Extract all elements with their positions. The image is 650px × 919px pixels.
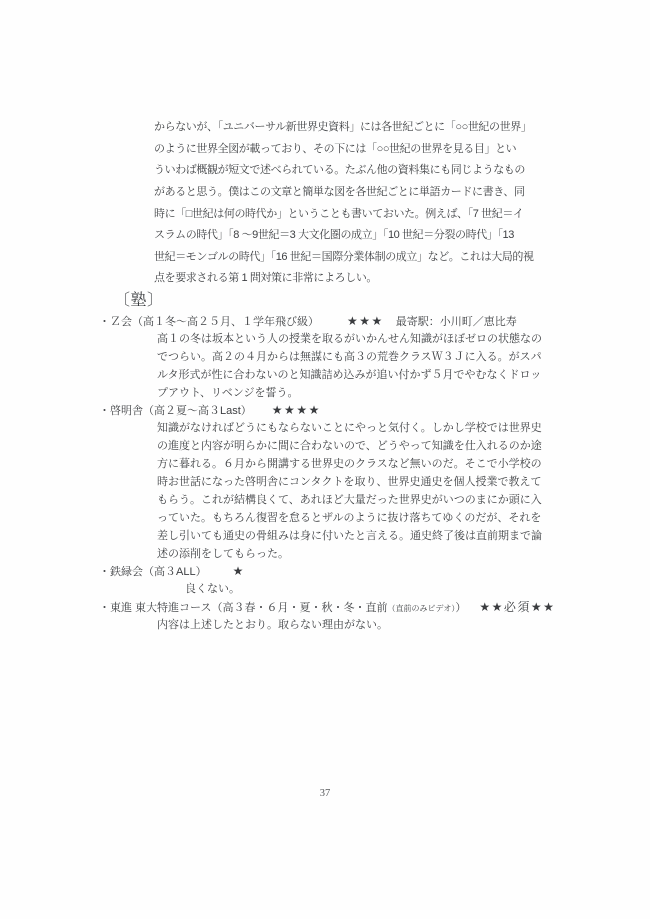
juku-list: ・Ｚ会（高１冬～高２５月、１学年飛び級）★★★最寄駅：小川町／恵比寿 高１の冬は… — [99, 313, 579, 635]
paragraph-line: からないが、「ユニバーサル新世界史資料」には各世紀ごとに「○○世紀の世界」 — [154, 117, 560, 139]
item-description-line: ルタ形式が性に合わないのと知識詰め込みが追い付かず５月でやむなくドロッ — [99, 367, 579, 385]
paragraph-line: スラムの時代」「8 ～9世紀＝3 大文化圏の成立」「10 世紀＝分裂の時代」「1… — [154, 225, 560, 247]
item-description-line: 述の添削をしてもらった。 — [99, 546, 579, 564]
bullet: ・ — [99, 316, 110, 328]
list-item-title: ・Ｚ会（高１冬～高２５月、１学年飛び級）★★★最寄駅：小川町／恵比寿 — [99, 313, 579, 331]
paragraph-line: 世紀＝モンゴルの時代」「16 世紀＝国際分業体制の成立」など。これは大局的視 — [154, 247, 560, 269]
paragraph-line: 点を要求される第 1 問対策に非常によろしい。 — [154, 268, 560, 290]
intro-paragraph: からないが、「ユニバーサル新世界史資料」には各世紀ごとに「○○世紀の世界」 のよ… — [154, 117, 560, 290]
list-item-title: ・東進 東大特進コース（高３春・６月・夏・秋・冬・直前（直前のみビデオ））★★必… — [99, 599, 579, 617]
rating-stars: ★★★ — [347, 314, 384, 328]
list-item-title: ・啓明舎（高２夏～高３Last）★★★★ — [99, 402, 579, 420]
item-description-line: プアウト、リベンジを誓う。 — [99, 385, 579, 403]
rating-stars: ★ — [233, 564, 245, 578]
item-description-line: っていた。もちろん復習を怠るとザルのように抜け落ちてゆくのだが、それを — [99, 510, 579, 528]
item-name-close: ） — [455, 602, 466, 614]
paragraph-line: ういわば概観が短文で述べられている。たぶん他の資料集にも同じようなもの — [154, 160, 560, 182]
page-number: 37 — [0, 788, 650, 799]
station-note: 最寄駅：小川町／恵比寿 — [396, 316, 517, 328]
paragraph-line: 時に「□世紀は何の時代か」ということも書いておいた。例えば、「7 世紀＝イ — [154, 204, 560, 226]
item-name-note-small: （直前のみビデオ） — [388, 604, 456, 613]
item-description-line: の進度と内容が明らかに間に合わないので、どうやって知識を仕入れるのか途 — [99, 438, 579, 456]
item-description-line: 時お世話になった啓明舎にコンタクトを取り、世界史通史を個人授業で教えて — [99, 474, 579, 492]
rating-stars: ★★★★ — [272, 403, 321, 417]
rating-stars: ★★必須★★ — [479, 600, 555, 614]
item-description-line: でつらい。高２の４月からは無謀にも高３の荒巻クラスＷ３Ｊに入る。がスパ — [99, 349, 579, 367]
item-description-line: もらう。これが結構良くて、あれほど大量だった世界史がいつのまにか頭に入 — [99, 492, 579, 510]
item-name: 鉄緑会（高３ALL） — [110, 566, 207, 578]
paragraph-line: があると思う。僕はこの文章と簡単な図を各世紀ごとに単語カードに書き、同 — [154, 182, 560, 204]
bullet: ・ — [99, 405, 110, 417]
bullet: ・ — [99, 566, 110, 578]
item-description-line: 知識がなければどうにもならないことにやっと気付く。しかし学校では世界史 — [99, 420, 579, 438]
paragraph-line: のように世界全図が載っており、その下には「○○世紀の世界を見る目」とい — [154, 139, 560, 161]
item-name: Ｚ会（高１冬～高２５月、１学年飛び級） — [110, 316, 319, 328]
item-description-line: 高１の冬は坂本という人の授業を取るがいかんせん知識がほぼゼロの状態なの — [99, 331, 579, 349]
item-name: 東進 東大特進コース（高３春・６月・夏・秋・冬・直前 — [110, 602, 388, 614]
item-description-line: 差し引いても通史の骨組みは身に付いたと言える。通史終了後は直前期まで論 — [99, 528, 579, 546]
section-heading: 〔塾〕 — [114, 287, 164, 310]
item-name: 啓明舎（高２夏～高３Last） — [110, 405, 252, 417]
item-description-line: 内容は上述したとおり。取らない理由がない。 — [99, 617, 579, 635]
list-item-title: ・鉄緑会（高３ALL）★ — [99, 563, 579, 581]
bullet: ・ — [99, 602, 110, 614]
document-page: からないが、「ユニバーサル新世界史資料」には各世紀ごとに「○○世紀の世界」 のよ… — [0, 0, 650, 919]
item-description-line: 良くない。 — [99, 581, 579, 599]
item-description-line: 方に暮れる。６月から開講する世界史のクラスなど無いのだ。そこで小学校の — [99, 456, 579, 474]
